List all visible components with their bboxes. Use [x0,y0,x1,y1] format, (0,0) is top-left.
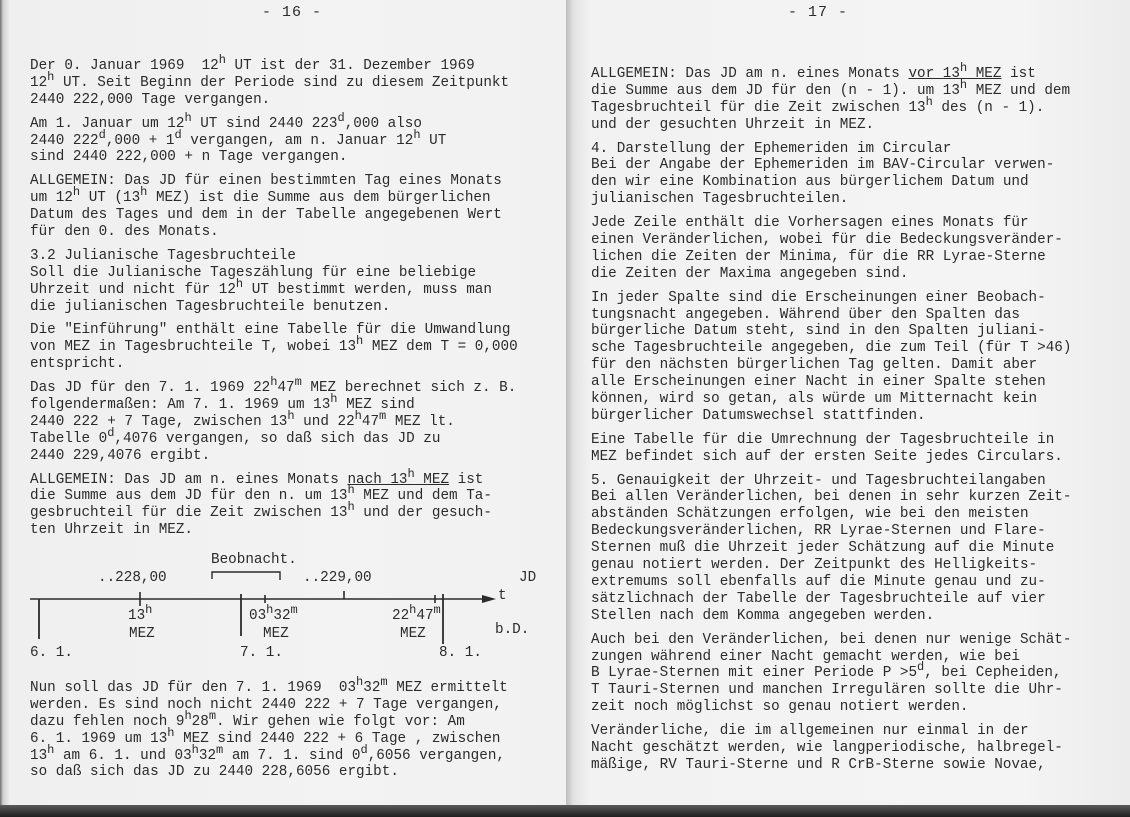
text-line: Uhrzeit und nicht für 12h UT bestimmt we… [30,282,518,299]
text-line: 2440 222,000 Tage vergangen. [30,92,518,109]
text-line: die Summe aus dem JD für den (n - 1). um… [591,83,1071,100]
left-paragraph-7: ALLGEMEIN: Das JD am n. eines Monats nac… [30,472,518,540]
text-line: T Tauri-Sternen und manchen Irregulären … [591,682,1071,699]
right-paragraph-7: Auch bei den Veränderlichen, bei denen n… [591,632,1071,716]
text-line: Bei der Angabe der Ephemeriden im BAV-Ci… [591,157,1071,174]
text-line: ALLGEMEIN: Das JD für einen bestimmten T… [30,173,518,190]
left-page-16: - 16 - Der 0. Januar 1969 12h UT ist der… [0,0,566,805]
text-line: Jede Zeile enthält die Vorhersagen eines… [591,215,1071,232]
text-line: abständen Schätzungen erfolgen, wie bei … [591,506,1071,523]
right-page-17: - 17 - ALLGEMEIN: Das JD am n. eines Mon… [566,0,1130,805]
text-line: Der 0. Januar 1969 12h UT ist der 31. De… [30,58,518,75]
text-line: um 12h UT (13h MEZ) ist die Summe aus de… [30,190,518,207]
zone-label-mez-1: MEZ [129,626,155,642]
right-paragraph-6: 5. Genauigkeit der Uhrzeit- und Tagesbru… [591,473,1071,625]
text-line: alle Erscheinungen einer Nacht in einer … [591,374,1071,391]
time-label-13h: 13h [128,608,152,624]
page-number: - 17 - [788,4,848,21]
page-number: - 16 - [262,4,322,21]
book-bottom-edge [0,805,1130,817]
text-line: 2440 229,4076 ergibt. [30,448,518,465]
text-line: tungsnacht angegeben. Während über den S… [591,307,1071,324]
left-paragraph-6: Das JD für den 7. 1. 1969 22h47m MEZ ber… [30,380,518,464]
jd-axis-label: JD [519,570,536,586]
text-line: bürgerlicher Datumswechsel stattfinden. [591,408,1071,425]
text-line: zeit noch möglichst so genau notiert wer… [591,699,1071,716]
text-line: genau notiert werden. Der Zeitpunkt des … [591,557,1071,574]
text-line: ten Uhrzeit in MEZ. [30,522,518,539]
date-label-7-1: 7. 1. [240,645,283,661]
text-line: werden. Es sind noch nicht 2440 222 + 7 … [30,697,508,714]
left-body-text: Der 0. Januar 1969 12h UT ist der 31. De… [30,58,518,546]
text-line: 2440 222d,000 + 1d vergangen, am n. Janu… [30,133,518,150]
left-paragraph-3: ALLGEMEIN: Das JD für einen bestimmten T… [30,173,518,241]
text-line: Die "Einführung" enthält eine Tabelle fü… [30,322,518,339]
text-line: von MEZ in Tagesbruchteile T, wobei 13h … [30,339,518,356]
right-body-text: ALLGEMEIN: Das JD am n. eines Monats vor… [591,66,1071,781]
text-line: sche Tagesbruchteile angegeben, die zum … [591,340,1071,357]
text-line: 13h am 6. 1. und 03h32m am 7. 1. sind 0d… [30,748,508,765]
text-line: Stellen nach dem Komma angegeben werden. [591,608,1071,625]
text-line: so daß sich das JD zu 2440 228,6056 ergi… [30,764,508,781]
right-paragraph-1: ALLGEMEIN: Das JD am n. eines Monats vor… [591,66,1071,134]
text-line: 4. Darstellung der Ephemeriden im Circul… [591,141,1071,158]
text-line: Soll die Julianische Tageszählung für ei… [30,265,518,282]
text-line: ALLGEMEIN: Das JD am n. eines Monats nac… [30,472,518,489]
date-label-6-1: 6. 1. [30,645,73,661]
left-final-paragraph-1: Nun soll das JD für den 7. 1. 1969 03h32… [30,680,508,781]
text-line: Nacht geschätzt werden, wie langperiodis… [591,740,1071,757]
text-line: den wir eine Kombination aus bürgerliche… [591,174,1071,191]
text-line: lichen die Zeiten der Minima, für die RR… [591,249,1071,266]
time-axis-label: t [498,588,507,604]
text-line: bürgerliche Datum steht, sind in den Spa… [591,323,1071,340]
text-line: ALLGEMEIN: Das JD am n. eines Monats vor… [591,66,1071,83]
bd-label: b.D. [495,622,529,638]
jd-label-229: ..229,00 [303,570,372,586]
text-line: Eine Tabelle für die Umrechnung der Tage… [591,432,1071,449]
text-line: 5. Genauigkeit der Uhrzeit- und Tagesbru… [591,473,1071,490]
text-line: entspricht. [30,356,518,373]
time-label-22h47m: 22h47m [392,608,441,624]
text-line: die Zeiten der Maxima angegeben sind. [591,266,1071,283]
text-line: B Lyrae-Sternen mit einer Periode P >5d,… [591,665,1071,682]
text-line: für den 0. des Monats. [30,224,518,241]
text-line: In jeder Spalte sind die Erscheinungen e… [591,290,1071,307]
right-paragraph-4: In jeder Spalte sind die Erscheinungen e… [591,290,1071,425]
right-paragraph-8: Veränderliche, die im allgemeinen nur ei… [591,723,1071,774]
text-line: können, wird so getan, als würde um Mitt… [591,391,1071,408]
text-line: die Summe aus dem JD für den n. um 13h M… [30,488,518,505]
text-line: Auch bei den Veränderlichen, bei denen n… [591,632,1071,649]
text-line: mäßige, RV Tauri-Sterne und R CrB-Sterne… [591,757,1071,774]
text-line: julianischen Tagesbruchteilen. [591,191,1071,208]
jd-label-228: ..228,00 [98,570,167,586]
text-line: Bedeckungsveränderlichen, RR Lyrae-Stern… [591,523,1071,540]
observation-night-label: Beobnacht. [211,552,297,568]
text-line: Tabelle 0d,4076 vergangen, so daß sich d… [30,431,518,448]
timeline-diagram: Beobnacht. ..228,00 ..229,00 JD t 13h 03… [30,550,560,665]
text-line: Veränderliche, die im allgemeinen nur ei… [591,723,1071,740]
left-paragraph-4: 3.2 Julianische TagesbruchteileSoll die … [30,248,518,316]
text-line: 12h UT. Seit Beginn der Periode sind zu … [30,75,518,92]
text-line: 2440 222 + 7 Tage, zwischen 13h und 22h4… [30,414,518,431]
text-line: die julianischen Tagesbruchteile benutze… [30,299,518,316]
right-paragraph-5: Eine Tabelle für die Umrechnung der Tage… [591,432,1071,466]
text-line: zungen während einer Nacht gemacht werde… [591,649,1071,666]
left-paragraph-5: Die "Einführung" enthält eine Tabelle fü… [30,322,518,373]
right-paragraph-2: 4. Darstellung der Ephemeriden im Circul… [591,141,1071,209]
left-final-paragraph: Nun soll das JD für den 7. 1. 1969 03h32… [30,680,508,788]
text-line: gesbruchteil für die Zeit zwischen 13h u… [30,505,518,522]
text-line: Das JD für den 7. 1. 1969 22h47m MEZ ber… [30,380,518,397]
time-label-03h32m: 03h32m [249,608,298,624]
text-line: Nun soll das JD für den 7. 1. 1969 03h32… [30,680,508,697]
text-line: extremums soll ebenfalls auf die Minute … [591,574,1071,591]
text-line: MEZ befindet sich auf der ersten Seite j… [591,449,1071,466]
text-line: folgendermaßen: Am 7. 1. 1969 um 13h MEZ… [30,397,518,414]
text-line: 3.2 Julianische Tagesbruchteile [30,248,518,265]
left-paragraph-2: Am 1. Januar um 12h UT sind 2440 223d,00… [30,116,518,167]
date-label-8-1: 8. 1. [439,645,482,661]
text-line: dazu fehlen noch 9h28m. Wir gehen wie fo… [30,714,508,731]
text-line: Bei allen Veränderlichen, bei denen in s… [591,489,1071,506]
text-line: Tagesbruchteil für die Zeit zwischen 13h… [591,100,1071,117]
text-line: und der gesuchten Uhrzeit in MEZ. [591,117,1071,134]
text-line: sätzlichnach der Tabelle der Tagesbrucht… [591,591,1071,608]
text-line: 6. 1. 1969 um 13h MEZ sind 2440 222 + 6 … [30,731,508,748]
text-line: für den nächsten bürgerlichen Tag gelten… [591,357,1071,374]
zone-label-mez-3: MEZ [400,626,426,642]
text-line: sind 2440 222,000 + n Tage vergangen. [30,149,518,166]
text-line: einen Veränderlichen, wobei für die Bede… [591,232,1071,249]
text-line: Datum des Tages und dem in der Tabelle a… [30,207,518,224]
text-line: Sternen muß die Uhrzeit jeder Schätzung … [591,540,1071,557]
zone-label-mez-2: MEZ [263,626,289,642]
right-paragraph-3: Jede Zeile enthält die Vorhersagen eines… [591,215,1071,283]
left-paragraph-1: Der 0. Januar 1969 12h UT ist der 31. De… [30,58,518,109]
